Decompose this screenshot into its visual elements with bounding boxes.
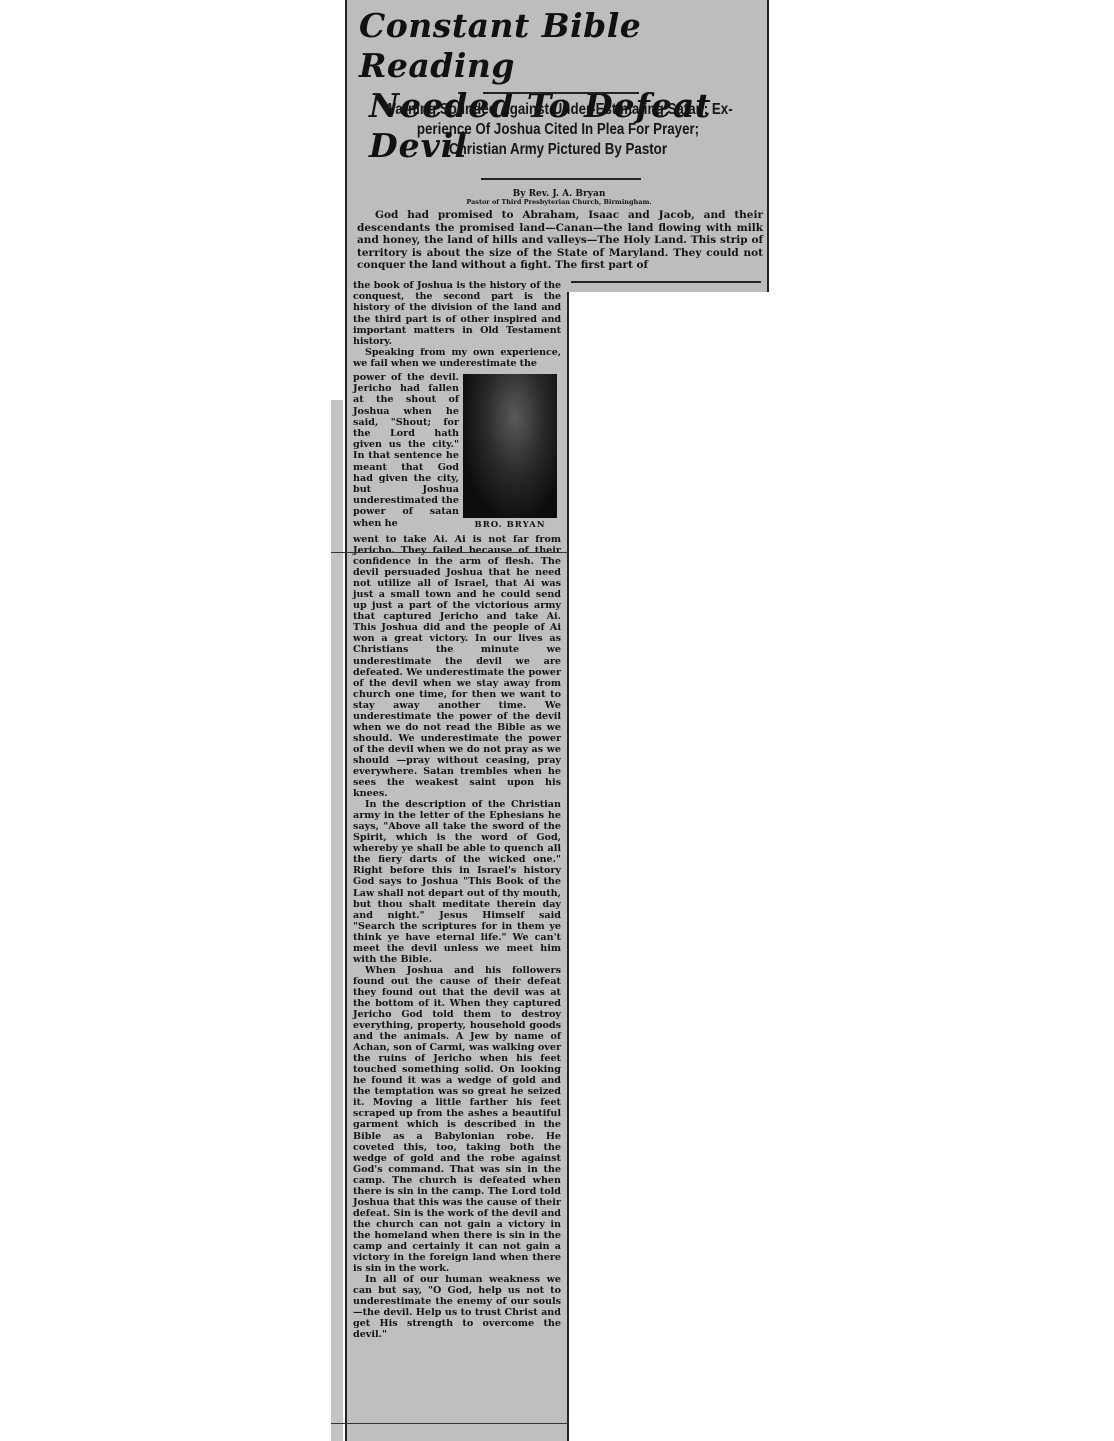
body-paragraph-achan: When Joshua and his followers found out … [353,965,561,1274]
body-paragraph-army: In the description of the Christian army… [353,799,561,965]
bottom-fold-line [331,1423,569,1424]
deck-line-3: Christian Army Pictured By Pastor [382,140,735,160]
article-header-block: Constant Bible Reading Needed To Defeat … [345,0,769,292]
fold-line [331,552,569,553]
headline-rule [483,92,639,94]
beside-photo-text: power of the devil. Jericho had fallen a… [353,372,459,529]
photo-caption: BRO. BRYAN [463,518,557,532]
body-paragraph-prayer: In all of our human weakness we can but … [353,1274,561,1340]
body-paragraph-devil: went to take Ai. Ai is not far from Jeri… [353,534,561,799]
deck-rule [481,178,641,180]
column-intro: the book of Joshua is the history of the… [353,280,561,370]
adjacent-column-fragment [331,400,343,1441]
lede-paragraph: God had promised to Abraham, Isaac and J… [357,209,763,272]
byline-title: Pastor of Third Presbyterian Church, Bir… [347,199,771,206]
deck-line-2: perience Of Joshua Cited In Plea For Pra… [382,120,735,140]
headline-line-1: Constant Bible Reading [355,6,763,86]
section-rule [571,281,761,283]
text-beside-photo: power of the devil. Jericho had fallen a… [353,372,459,529]
article-body: went to take Ai. Ai is not far from Jeri… [353,534,561,1340]
intro-text: the book of Joshua is the history of the… [353,280,561,347]
speaking-text: Speaking from my own experience, we fail… [353,347,561,369]
portrait-image [463,374,557,518]
deck-line-1: Warning Sounded Against Under-Estimating… [382,100,735,120]
subheadline-deck: Warning Sounded Against Under-Estimating… [382,100,735,160]
lede-text: God had promised to Abraham, Isaac and J… [357,209,763,272]
byline: By Rev. J. A. Bryan Pastor of Third Pres… [347,189,771,206]
author-photo: BRO. BRYAN [463,374,557,532]
